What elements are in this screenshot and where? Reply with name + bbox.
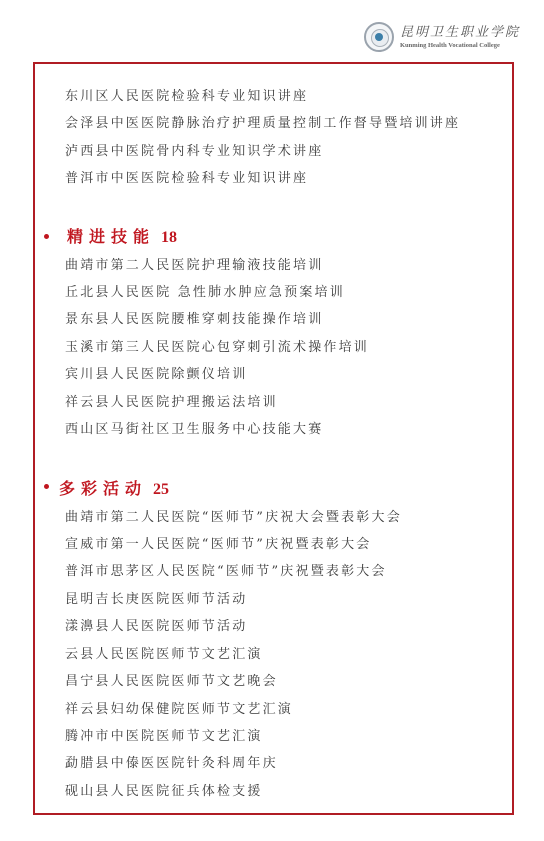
section-heading-activities: 多彩活动25 bbox=[59, 480, 169, 499]
section-title: 多彩活动 bbox=[59, 479, 147, 498]
list-item: 祥云县妇幼保健院医师节文艺汇演 bbox=[65, 702, 293, 718]
list-item: 普洱市中医医院检验科专业知识讲座 bbox=[65, 171, 308, 187]
bullet-icon bbox=[44, 234, 49, 239]
list-item: 东川区人民医院检验科专业知识讲座 bbox=[65, 89, 308, 105]
section-count: 25 bbox=[153, 481, 169, 498]
list-item: 会泽县中医医院静脉治疗护理质量控制工作督导暨培训讲座 bbox=[65, 116, 460, 132]
list-item: 昆明吉长庚医院医师节活动 bbox=[65, 592, 247, 608]
list-item: 漾濞县人民医院医师节活动 bbox=[65, 619, 247, 635]
list-item: 曲靖市第二人民医院“医师节”庆祝大会暨表彰大会 bbox=[65, 510, 402, 526]
list-item: 砚山县人民医院征兵体检支援 bbox=[65, 784, 263, 800]
list-item: 勐腊县中傣医医院针灸科周年庆 bbox=[65, 756, 278, 772]
list-item: 景东县人民医院腰椎穿刺技能操作培训 bbox=[65, 312, 323, 328]
list-item: 腾冲市中医院医师节文艺汇演 bbox=[65, 729, 263, 745]
logo-english-name: Kunming Health Vocational College bbox=[400, 41, 520, 50]
section-count: 18 bbox=[161, 229, 177, 246]
list-item: 普洱市思茅区人民医院“医师节”庆祝暨表彰大会 bbox=[65, 564, 387, 580]
college-logo: 昆明卫生职业学院 Kunming Health Vocational Colle… bbox=[364, 18, 520, 56]
list-item: 丘北县人民医院 急性肺水肿应急预案培训 bbox=[65, 285, 345, 301]
list-item: 祥云县人民医院护理搬运法培训 bbox=[65, 395, 278, 411]
content-frame: 东川区人民医院检验科专业知识讲座 会泽县中医医院静脉治疗护理质量控制工作督导暨培… bbox=[33, 62, 514, 815]
bullet-icon bbox=[44, 484, 49, 489]
list-item: 宾川县人民医院除颤仪培训 bbox=[65, 367, 247, 383]
college-emblem-icon bbox=[364, 22, 394, 52]
logo-text: 昆明卫生职业学院 Kunming Health Vocational Colle… bbox=[400, 25, 520, 50]
list-item: 云县人民医院医师节文艺汇演 bbox=[65, 647, 263, 663]
section-title: 精进技能 bbox=[67, 227, 155, 246]
section-heading-skills: 精进技能18 bbox=[67, 228, 177, 247]
list-item: 泸西县中医院骨内科专业知识学术讲座 bbox=[65, 144, 323, 160]
list-item: 昌宁县人民医院医师节文艺晚会 bbox=[65, 674, 278, 690]
list-item: 宣威市第一人民医院“医师节”庆祝暨表彰大会 bbox=[65, 537, 372, 553]
list-item: 西山区马街社区卫生服务中心技能大赛 bbox=[65, 422, 323, 438]
list-item: 玉溪市第三人民医院心包穿刺引流术操作培训 bbox=[65, 340, 369, 356]
list-item: 曲靖市第二人民医院护理输液技能培训 bbox=[65, 258, 323, 274]
logo-chinese-name: 昆明卫生职业学院 bbox=[400, 25, 520, 41]
